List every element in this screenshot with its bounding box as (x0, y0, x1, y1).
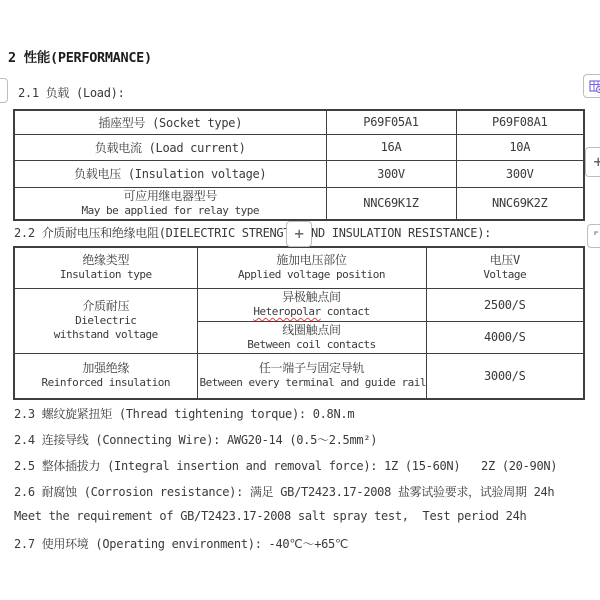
terminal-guide-rail-en: Between every terminal and guide rail (200, 376, 424, 390)
table-row: 加强绝缘 Reinforced insulation 任一端子与固定导轨 Bet… (14, 353, 584, 399)
load-current-value-1: 16A (326, 134, 456, 160)
insulation-type-header-zh: 绝缘类型 (17, 253, 195, 268)
socket-type-value-1: P69F05A1 (326, 110, 456, 134)
section-2-1-heading: 2.1 负载 (Load): (18, 84, 125, 101)
heteropolar-voltage-value: 2500/S (426, 288, 584, 321)
note-2-5: 2.5 整体插拔力 (Integral insertion and remova… (14, 457, 557, 474)
terminal-guide-rail-zh: 任一端子与固定导轨 (200, 361, 424, 376)
misspelled-word: Heteropolar (253, 305, 320, 318)
coil-contacts-zh: 线圈触点间 (200, 323, 424, 338)
terminal-guide-rail-cell: 任一端子与固定导轨 Between every terminal and gui… (197, 353, 426, 399)
fullscreen-button[interactable] (587, 224, 600, 248)
socket-type-label: 插座型号 (Socket type) (14, 110, 326, 134)
table-settings-button[interactable] (583, 74, 600, 98)
left-edge-button[interactable] (0, 78, 8, 103)
expand-icon (594, 231, 600, 242)
coil-voltage-value: 4000/S (426, 321, 584, 353)
table-header-row: 绝缘类型 Insulation type 施加电压部位 Applied volt… (14, 247, 584, 288)
reinforced-insulation-zh: 加强绝缘 (17, 361, 195, 376)
reinforced-insulation-cell: 加强绝缘 Reinforced insulation (14, 353, 197, 399)
voltage-header-zh: 电压V (429, 253, 582, 268)
page-title: 2 性能(PERFORMANCE) (8, 46, 152, 66)
plus-button-right[interactable]: + (585, 147, 600, 177)
reinforced-insulation-en: Reinforced insulation (17, 376, 195, 390)
note-2-6-english: Meet the requirement of GB/T2423.17-2008… (14, 509, 526, 523)
insulation-type-header-en: Insulation type (17, 268, 195, 282)
relay-type-value-2: NNC69K2Z (456, 187, 584, 220)
document-page: 2 性能(PERFORMANCE) 2.1 负载 (Load): 插座型号 (S… (0, 0, 600, 600)
heteropolar-contact-en: Heteropolar contact (200, 305, 424, 319)
relay-type-label-zh: 可应用继电器型号 (17, 189, 324, 204)
table-settings-icon (589, 79, 600, 94)
plus-icon: + (294, 226, 303, 242)
socket-type-value-2: P69F08A1 (456, 110, 584, 134)
note-2-3: 2.3 螺纹旋紧扭矩 (Thread tightening torque): 0… (14, 405, 354, 422)
load-current-value-2: 10A (456, 134, 584, 160)
dielectric-withstand-cell: 介质耐压 Dielectric withstand voltage (14, 288, 197, 353)
dielectric-withstand-en2: withstand voltage (17, 328, 195, 342)
voltage-position-header-en: Applied voltage position (200, 268, 424, 282)
relay-type-label: 可应用继电器型号 May be applied for relay type (14, 187, 326, 220)
table-row: 介质耐压 Dielectric withstand voltage 异极触点间 … (14, 288, 584, 321)
voltage-header: 电压V Voltage (426, 247, 584, 288)
terminal-voltage-value: 3000/S (426, 353, 584, 399)
heteropolar-contact-zh: 异极触点间 (200, 290, 424, 305)
relay-type-label-en: May be applied for relay type (17, 204, 324, 218)
table-row: 负载电流 (Load current) 16A 10A (14, 134, 584, 160)
load-voltage-label: 负载电压 (Insulation voltage) (14, 160, 326, 187)
note-2-7: 2.7 使用环境 (Operating environment): -40℃～+… (14, 535, 348, 552)
coil-contacts-cell: 线圈触点间 Between coil contacts (197, 321, 426, 353)
plus-button-overlay[interactable]: + (286, 221, 312, 247)
table-row: 可应用继电器型号 May be applied for relay type N… (14, 187, 584, 220)
relay-type-value-1: NNC69K1Z (326, 187, 456, 220)
load-voltage-value-2: 300V (456, 160, 584, 187)
heteropolar-contact-en-rest: contact (321, 305, 370, 318)
insulation-type-header: 绝缘类型 Insulation type (14, 247, 197, 288)
dielectric-table: 绝缘类型 Insulation type 施加电压部位 Applied volt… (13, 246, 585, 400)
load-table: 插座型号 (Socket type) P69F05A1 P69F08A1 负载电… (13, 109, 585, 221)
plus-icon: + (593, 154, 600, 170)
table-row: 插座型号 (Socket type) P69F05A1 P69F08A1 (14, 110, 584, 134)
dielectric-withstand-zh: 介质耐压 (17, 299, 195, 314)
voltage-position-header-zh: 施加电压部位 (200, 253, 424, 268)
dielectric-withstand-en1: Dielectric (17, 314, 195, 328)
section-2-2-heading: 2.2 介质耐电压和绝缘电阻(DIELECTRIC STRENGTH AND I… (14, 224, 491, 241)
heteropolar-contact-cell: 异极触点间 Heteropolar contact (197, 288, 426, 321)
load-current-label: 负载电流 (Load current) (14, 134, 326, 160)
voltage-position-header: 施加电压部位 Applied voltage position (197, 247, 426, 288)
load-voltage-value-1: 300V (326, 160, 456, 187)
note-2-6: 2.6 耐腐蚀 (Corrosion resistance): 满足 GB/T2… (14, 483, 554, 500)
note-2-4: 2.4 连接导线 (Connecting Wire): AWG20-14 (0.… (14, 431, 377, 448)
table-row: 负载电压 (Insulation voltage) 300V 300V (14, 160, 584, 187)
coil-contacts-en: Between coil contacts (200, 338, 424, 352)
voltage-header-en: Voltage (429, 268, 582, 282)
